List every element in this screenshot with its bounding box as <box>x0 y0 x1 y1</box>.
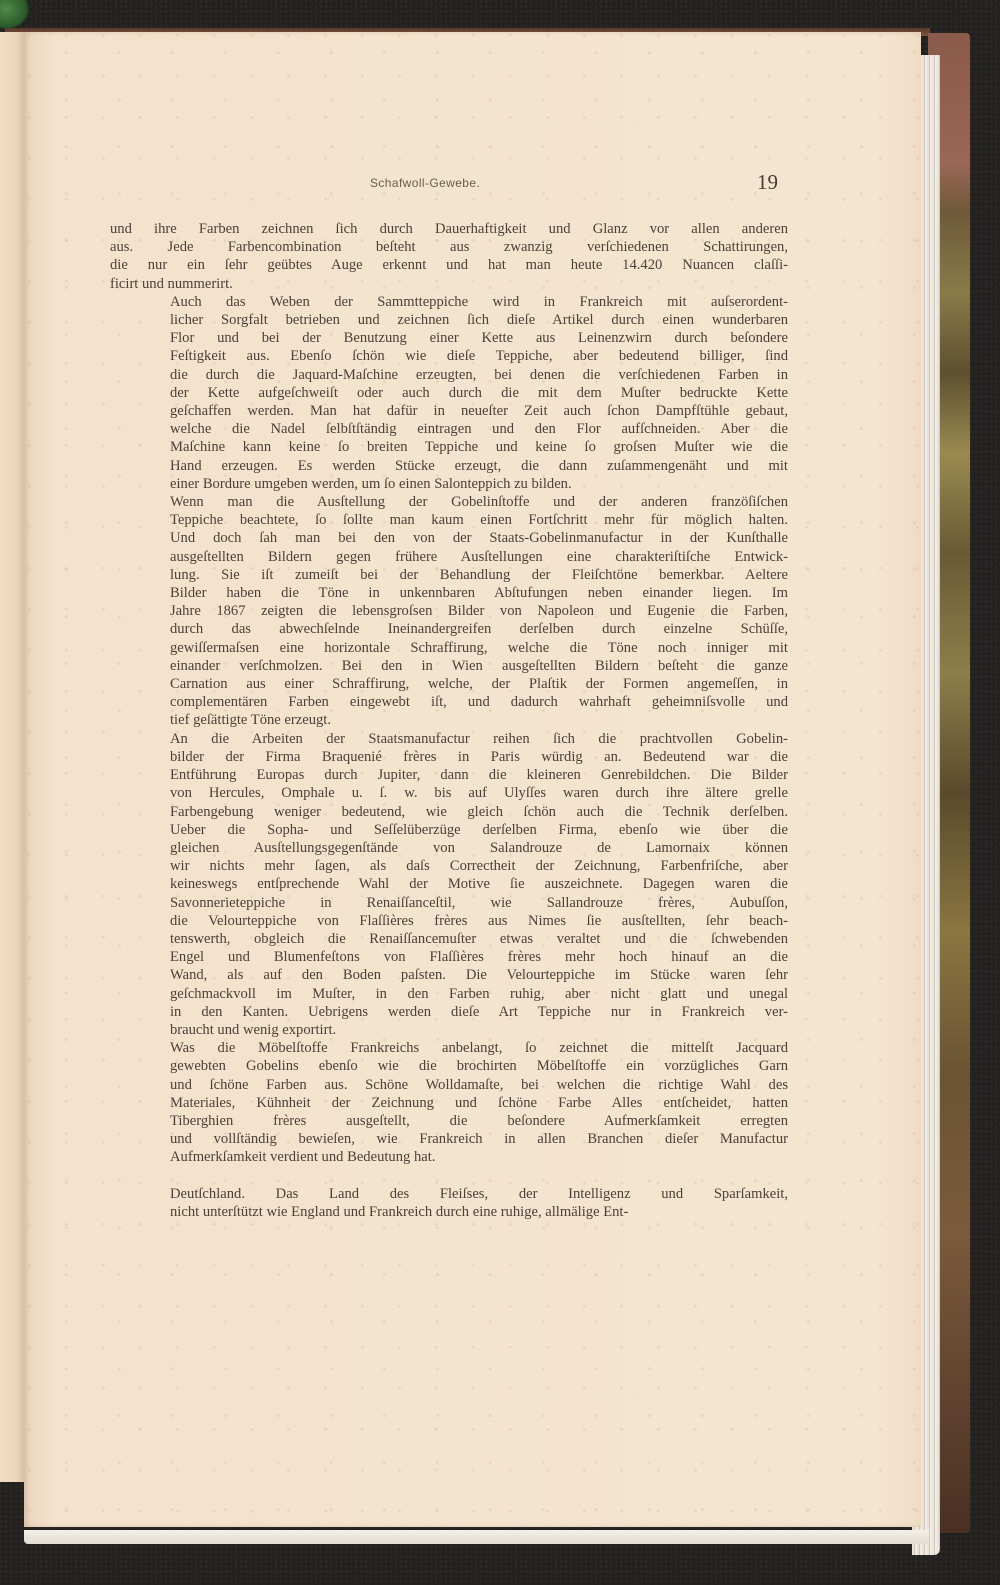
text-line: der Kette aufgeſchweiſt oder auch durch … <box>110 384 788 402</box>
text-line: geſchmackvoll im Muſter, in den Farben r… <box>110 985 788 1003</box>
text-line: ficirt und nummerirt. <box>110 275 788 293</box>
text-line: braucht und wenig exportirt. <box>110 1021 788 1039</box>
page-stack-bottom-edge <box>24 1530 929 1544</box>
text-line: bilder der Firma Braquenié frères in Par… <box>110 748 788 766</box>
text-line: Feſtigkeit aus. Ebenſo ſchön wie dieſe T… <box>110 347 788 365</box>
text-line: Teppiche beachtete, ſo ſollte man kaum e… <box>110 511 788 529</box>
text-line: tief geſättigte Töne erzeugt. <box>110 711 788 729</box>
text-line: Wenn man die Ausſtellung der Gobelinſtof… <box>110 493 788 511</box>
text-line: keineswegs entſprechende Wahl der Motive… <box>110 875 788 893</box>
text-line: complementären Farben eingewebt iſt, und… <box>110 693 788 711</box>
text-line: gewiſſermaſsen eine horizontale Schraffi… <box>110 639 788 657</box>
text-line: wir nichts mehr ſagen, als daſs Correcth… <box>110 857 788 875</box>
text-line: ausgeſtellten Bildern gegen frühere Ausſ… <box>110 548 788 566</box>
text-line: Deutſchland. Das Land des Fleiſses, der … <box>110 1185 788 1203</box>
paragraph: Wenn man die Ausſtellung der Gobelinſtof… <box>110 493 788 730</box>
text-line: einander verſchmolzen. Bei den in Wien a… <box>110 657 788 675</box>
text-line: Und doch ſah man bei den von der Staats-… <box>110 529 788 547</box>
text-line: licher Sorgfalt betrieben und zeichnen ſ… <box>110 311 788 329</box>
text-line: die Velourteppiche von Flaſſières frères… <box>110 912 788 930</box>
text-line: und vollſtändig bewieſen, wie Frankreich… <box>110 1130 788 1148</box>
text-line: und ſchöne Farben aus. Schöne Wolldamaſt… <box>110 1076 788 1094</box>
facing-page-edge <box>0 32 25 1482</box>
text-line: einer Bordure umgeben werden, um ſo eine… <box>110 475 788 493</box>
text-line: Bilder haben die Töne in unkennbaren Abſ… <box>110 584 788 602</box>
text-line: Jahre 1867 zeigten die lebensgroſsen Bil… <box>110 602 788 620</box>
running-title: Schafwoll-Gewebe. <box>370 176 480 190</box>
text-line: An die Arbeiten der Staatsmanufactur rei… <box>110 730 788 748</box>
text-line: Engel und Blumenfeſtons von Flaſſières f… <box>110 948 788 966</box>
text-line: Farbengebung weniger bedeutend, wie glei… <box>110 803 788 821</box>
text-line: Flor und bei der Benutzung einer Kette a… <box>110 329 788 347</box>
text-line: Materiales, Kühnheit der Zeichnung und ſ… <box>110 1094 788 1112</box>
text-line: Tiberghien frères ausgeſtellt, die beſon… <box>110 1112 788 1130</box>
paragraph: Auch das Weben der Sammtteppiche wird in… <box>110 293 788 493</box>
text-line: Maſchine kann keine ſo breiten Teppiche … <box>110 438 788 456</box>
text-line: aus. Jede Farbencombination beſteht aus … <box>110 238 788 256</box>
text-line: geſchaffen werden. Man hat dafür in neue… <box>110 402 788 420</box>
text-line: Entführung Europas durch Jupiter, dann d… <box>110 766 788 784</box>
text-line: Wand, als auf den Boden paſsten. Die Vel… <box>110 966 788 984</box>
text-line: und ihre Farben zeichnen ſich durch Daue… <box>110 220 788 238</box>
text-line: Was die Möbelſtoffe Frankreichs anbelang… <box>110 1039 788 1057</box>
section-paragraph-deutschland: Deutſchland. Das Land des Fleiſses, der … <box>110 1185 788 1221</box>
text-line: von Hercules, Omphale u. ſ. w. bis auf U… <box>110 784 788 802</box>
text-line: die durch die Jaquard-Maſchine erzeugten… <box>110 366 788 384</box>
text-line: gewebten Gobelins ebenſo wie die brochir… <box>110 1057 788 1075</box>
paragraph: und ihre Farben zeichnen ſich durch Daue… <box>110 220 788 293</box>
page-number: 19 <box>757 170 778 195</box>
text-line: Hand erzeugen. Es werden Stücke erzeugt,… <box>110 457 788 475</box>
body-text: und ihre Farben zeichnen ſich durch Daue… <box>110 220 788 1221</box>
paragraph: An die Arbeiten der Staatsmanufactur rei… <box>110 730 788 1039</box>
text-line: tenswerth, obgleich die Renaiſſancemuſte… <box>110 930 788 948</box>
text-line: durch das abwechſelnde Ineinandergreifen… <box>110 620 788 638</box>
paragraph: Was die Möbelſtoffe Frankreichs anbelang… <box>110 1039 788 1166</box>
green-leaf-corner <box>0 0 30 30</box>
text-line: Carnation aus einer Schraffirung, welche… <box>110 675 788 693</box>
text-line: Ueber die Sopha- und Seſſelüberzüge derſ… <box>110 821 788 839</box>
text-line: die nur ein ſehr geübtes Auge erkennt un… <box>110 256 788 274</box>
text-line: Aufmerkſamkeit verdient und Bedeutung ha… <box>110 1148 788 1166</box>
text-line: Savonnerieteppiche in Renaiſſanceſtil, w… <box>110 894 788 912</box>
text-line: Auch das Weben der Sammtteppiche wird in… <box>110 293 788 311</box>
text-line: in den Kanten. Uebrigens werden dieſe Ar… <box>110 1003 788 1021</box>
text-line: nicht unterſtützt wie England und Frankr… <box>110 1203 788 1221</box>
text-line: gleichen Ausſtellungsgegenſtände von Sal… <box>110 839 788 857</box>
text-line: welche die Nadel ſelbſtſtändig eintragen… <box>110 420 788 438</box>
text-line: lung. Sie iſt zumeiſt bei der Behandlung… <box>110 566 788 584</box>
